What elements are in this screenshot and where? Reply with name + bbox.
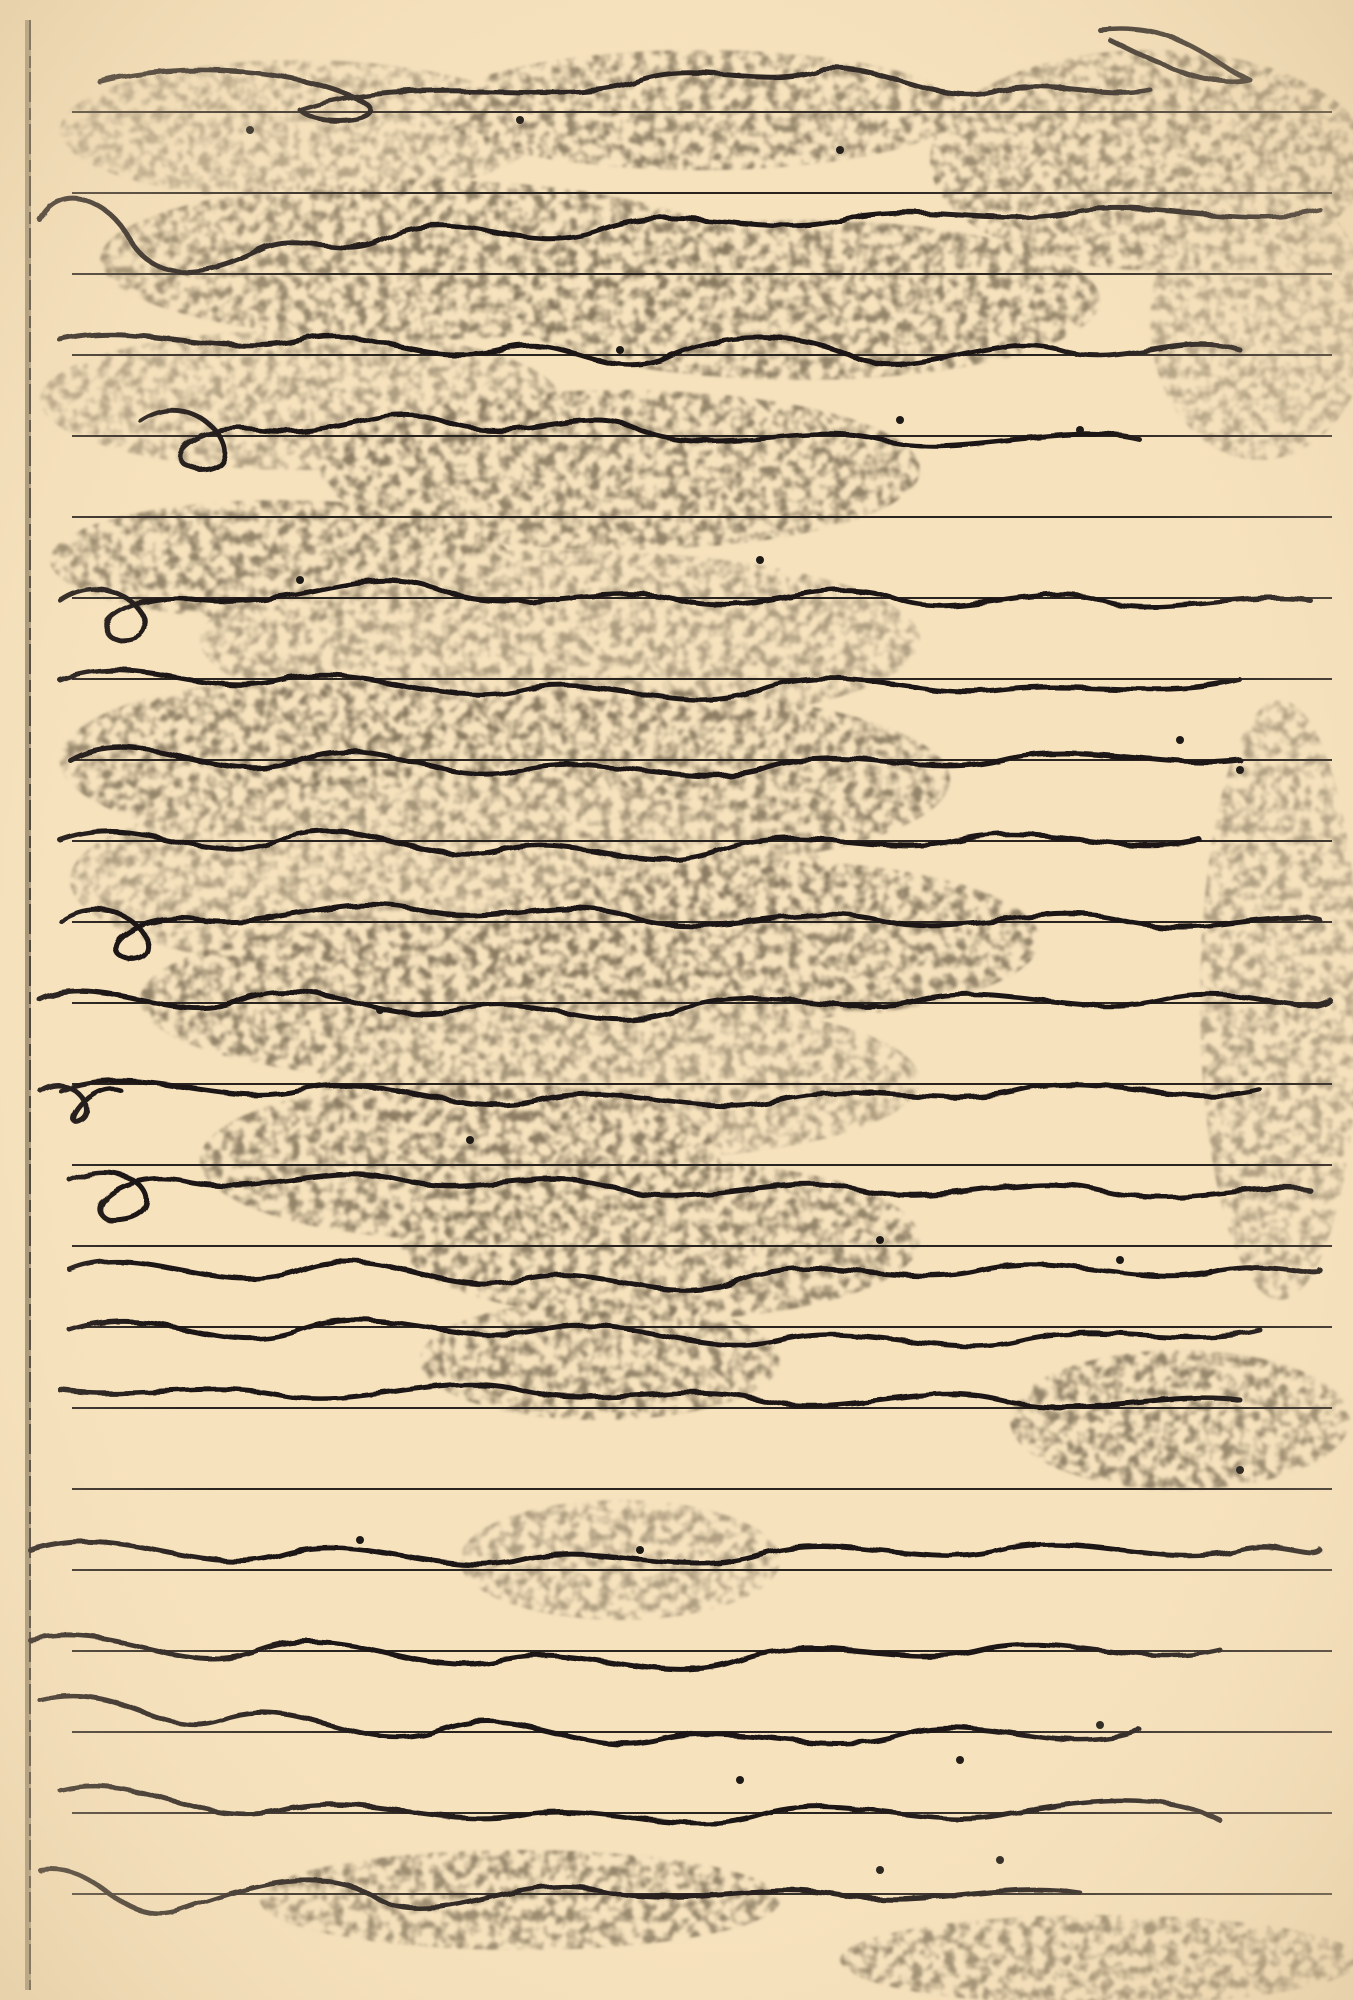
paper-vignette [0,0,1353,2000]
artwork-canvas [0,0,1353,2000]
artwork-svg [0,0,1353,2000]
